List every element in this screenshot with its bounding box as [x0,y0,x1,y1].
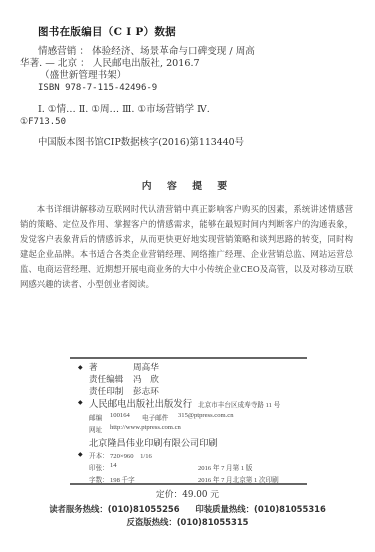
diamond-bullet-icon: ◆ [78,399,83,406]
website: http://www.ptpress.com.cn [110,424,181,431]
divider-top [70,357,307,359]
email: 315@ptpress.com.cn [178,412,234,419]
diamond-bullet-icon: ◆ [78,364,83,371]
summary-body: 本书详细讲解移动互联网时代认清营销中真正影响客户购买的因素，系统讲述情感营销的策… [20,202,353,292]
cip-classification-code: ①F713.50 [20,116,66,128]
reader-service-hotline: 读者服务热线：(010)81055256 [49,504,179,514]
hotline-row-1: 读者服务热线：(010)81055256 印装质量热线：(010)8105531… [0,503,375,515]
diamond-bullet-icon: ◆ [78,451,83,458]
divider-bottom [70,483,307,485]
postcode: 100164 [110,412,130,419]
format-value: 720×960 1/16 [110,450,152,460]
publisher-address: 北京市丰台区成寿寺路 11 号 [198,399,280,409]
sheets-value: 14 [110,462,117,469]
email-label: 电子邮件 [142,412,168,422]
cip-title: 图书在版编目（C I P）数据 [38,24,176,39]
cip-isbn: ISBN 978-7-115-42496-9 [38,82,157,94]
editor-label: 责任编辑 [89,373,123,385]
cip-classification: Ⅰ. ①情… Ⅱ. ①周… Ⅲ. ①市场营销学 Ⅳ. [38,104,210,116]
sheets-label: 印张： [89,462,109,472]
summary-heading: 内 容 提 要 [0,178,375,192]
cip-book-title-line: 情感营销 ： 体验经济、场景革命与口碑变现 / 周高 [38,46,255,58]
cip-author-publisher-line: 华著. — 北京 ： 人民邮电出版社, 2016.7 [20,58,200,70]
edition: 2016 年 7 月第 1 版 [198,462,252,472]
author-name: 周高华 [133,361,159,373]
anti-piracy-hotline: 反盗版热线：(010)81055315 [0,516,375,528]
author-label: 著 [89,361,98,373]
editor-name: 冯 欣 [133,373,159,385]
postcode-label: 邮编 [89,412,102,422]
cip-series: （盛世新管理书架） [40,70,126,82]
printer-name: 北京隆昌伟业印刷有限公司印刷 [89,435,218,449]
print-quality-hotline: 印装质量热线：(010)81055316 [195,504,325,514]
price: 定价：49.00 元 [0,487,375,500]
format-label: 开本： [89,450,109,460]
cip-approval-number: 中国版本图书馆CIP数据核字(2016)第113440号 [38,137,244,149]
publisher-name: 人民邮电出版社出版发行 [89,396,192,410]
website-label: 网址 [89,424,102,434]
